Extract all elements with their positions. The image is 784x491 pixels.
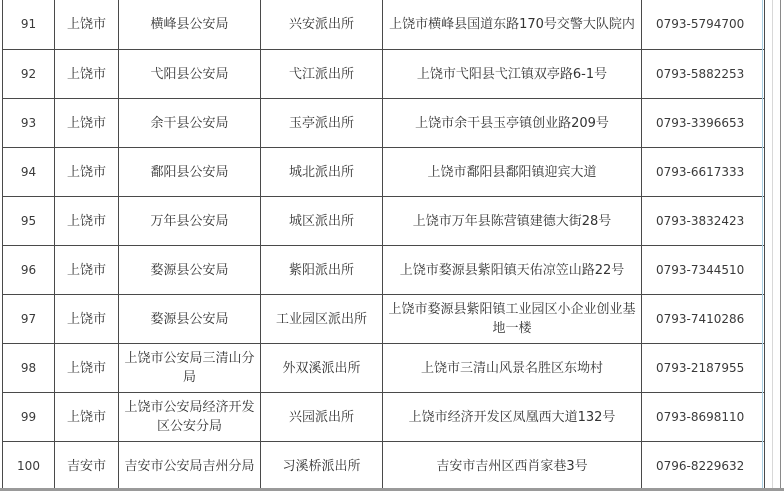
table-row: 97 上饶市 婺源县公安局 工业园区派出所 上饶市婺源县紫阳镇工业园区小企业创业… xyxy=(3,295,765,344)
phone-cell: 0793-7410286 xyxy=(642,295,765,344)
station-cell: 兴安派出所 xyxy=(261,0,383,50)
phone-cell: 0793-2187955 xyxy=(642,344,765,393)
table-row: 99 上饶市 上饶市公安局经济开发区公安分局 兴园派出所 上饶市经济开发区凤凰西… xyxy=(3,393,765,442)
row-number: 92 xyxy=(3,50,55,99)
phone-cell: 0793-5794700 xyxy=(642,0,765,50)
row-number: 93 xyxy=(3,99,55,148)
station-cell: 紫阳派出所 xyxy=(261,246,383,295)
row-number: 91 xyxy=(3,0,55,50)
address-cell: 上饶市婺源县紫阳镇天佑凉笠山路22号 xyxy=(383,246,642,295)
station-cell: 工业园区派出所 xyxy=(261,295,383,344)
table-row: 95 上饶市 万年县公安局 城区派出所 上饶市万年县陈营镇建德大街28号 079… xyxy=(3,197,765,246)
phone-cell: 0793-3832423 xyxy=(642,197,765,246)
city-cell: 上饶市 xyxy=(55,393,119,442)
city-cell: 上饶市 xyxy=(55,246,119,295)
table-row: 93 上饶市 余干县公安局 玉亭派出所 上饶市余干县玉亭镇创业路209号 079… xyxy=(3,99,765,148)
phone-cell: 0793-6617333 xyxy=(642,148,765,197)
city-cell: 上饶市 xyxy=(55,50,119,99)
table-row: 91 上饶市 横峰县公安局 兴安派出所 上饶市横峰县国道东路170号交警大队院内… xyxy=(3,0,765,50)
station-cell: 外双溪派出所 xyxy=(261,344,383,393)
bureau-cell: 上饶市公安局经济开发区公安分局 xyxy=(119,393,261,442)
table-row: 100 吉安市 吉安市公安局吉州分局 习溪桥派出所 吉安市吉州区西肖家巷3号 0… xyxy=(3,442,765,491)
phone-cell: 0793-8698110 xyxy=(642,393,765,442)
row-number: 96 xyxy=(3,246,55,295)
row-number: 95 xyxy=(3,197,55,246)
city-cell: 吉安市 xyxy=(55,442,119,491)
address-cell: 上饶市余干县玉亭镇创业路209号 xyxy=(383,99,642,148)
table-row: 98 上饶市 上饶市公安局三清山分局 外双溪派出所 上饶市三清山风景名胜区东坳村… xyxy=(3,344,765,393)
city-cell: 上饶市 xyxy=(55,99,119,148)
address-cell: 上饶市经济开发区凤凰西大道132号 xyxy=(383,393,642,442)
page-edge-line xyxy=(772,0,773,491)
city-cell: 上饶市 xyxy=(55,0,119,50)
address-cell: 上饶市横峰县国道东路170号交警大队院内 xyxy=(383,0,642,50)
address-cell: 上饶市鄱阳县鄱阳镇迎宾大道 xyxy=(383,148,642,197)
page-edge-guide xyxy=(762,0,763,491)
bureau-cell: 余干县公安局 xyxy=(119,99,261,148)
bureau-cell: 鄱阳县公安局 xyxy=(119,148,261,197)
bureau-cell: 弋阳县公安局 xyxy=(119,50,261,99)
city-cell: 上饶市 xyxy=(55,148,119,197)
address-cell: 吉安市吉州区西肖家巷3号 xyxy=(383,442,642,491)
table-right-border xyxy=(780,0,781,491)
police-station-table: 91 上饶市 横峰县公安局 兴安派出所 上饶市横峰县国道东路170号交警大队院内… xyxy=(2,0,765,491)
address-cell: 上饶市婺源县紫阳镇工业园区小企业创业基地一楼 xyxy=(383,295,642,344)
bureau-cell: 万年县公安局 xyxy=(119,197,261,246)
phone-cell: 0796-8229632 xyxy=(642,442,765,491)
row-number: 100 xyxy=(3,442,55,491)
row-number: 94 xyxy=(3,148,55,197)
city-cell: 上饶市 xyxy=(55,344,119,393)
address-cell: 上饶市万年县陈营镇建德大街28号 xyxy=(383,197,642,246)
station-cell: 习溪桥派出所 xyxy=(261,442,383,491)
bureau-cell: 吉安市公安局吉州分局 xyxy=(119,442,261,491)
document-page: 91 上饶市 横峰县公安局 兴安派出所 上饶市横峰县国道东路170号交警大队院内… xyxy=(0,0,784,491)
bureau-cell: 上饶市公安局三清山分局 xyxy=(119,344,261,393)
station-cell: 玉亭派出所 xyxy=(261,99,383,148)
table-row: 92 上饶市 弋阳县公安局 弋江派出所 上饶市弋阳县弋江镇双亭路6-1号 079… xyxy=(3,50,765,99)
bureau-cell: 婺源县公安局 xyxy=(119,246,261,295)
table-row: 96 上饶市 婺源县公安局 紫阳派出所 上饶市婺源县紫阳镇天佑凉笠山路22号 0… xyxy=(3,246,765,295)
phone-cell: 0793-5882253 xyxy=(642,50,765,99)
city-cell: 上饶市 xyxy=(55,197,119,246)
bureau-cell: 婺源县公安局 xyxy=(119,295,261,344)
address-cell: 上饶市弋阳县弋江镇双亭路6-1号 xyxy=(383,50,642,99)
phone-cell: 0793-7344510 xyxy=(642,246,765,295)
phone-cell: 0793-3396653 xyxy=(642,99,765,148)
address-cell: 上饶市三清山风景名胜区东坳村 xyxy=(383,344,642,393)
station-cell: 城区派出所 xyxy=(261,197,383,246)
city-cell: 上饶市 xyxy=(55,295,119,344)
bureau-cell: 横峰县公安局 xyxy=(119,0,261,50)
station-cell: 城北派出所 xyxy=(261,148,383,197)
row-number: 98 xyxy=(3,344,55,393)
row-number: 97 xyxy=(3,295,55,344)
row-number: 99 xyxy=(3,393,55,442)
table-row: 94 上饶市 鄱阳县公安局 城北派出所 上饶市鄱阳县鄱阳镇迎宾大道 0793-6… xyxy=(3,148,765,197)
station-cell: 弋江派出所 xyxy=(261,50,383,99)
station-cell: 兴园派出所 xyxy=(261,393,383,442)
